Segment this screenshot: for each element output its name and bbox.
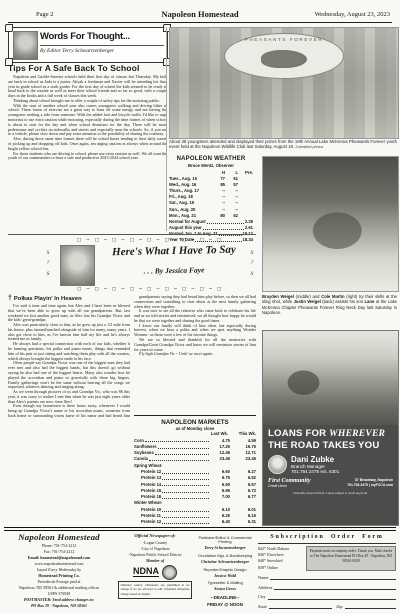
caption-name: Justin Weigel	[294, 299, 321, 304]
name-input-line[interactable]	[270, 576, 396, 580]
footer-rule	[4, 527, 396, 531]
headline-text: Polkas Playin' In Heaven	[14, 296, 82, 302]
column-title: Here's What I Have To Say	[98, 243, 250, 258]
paragraph: I know our family will think of him ofte…	[134, 324, 256, 338]
weather-title: NAPOLEON WEATHER	[169, 156, 253, 162]
slingshot-photo	[262, 156, 399, 292]
state-input-line[interactable]	[269, 605, 333, 609]
banner-text: PHEASANTS FOREVER	[225, 34, 343, 42]
markets-box: NAPOLEON MARKETS as of Monday close Last…	[134, 419, 256, 526]
newspaper-page: Page 2 Napoleon Homestead Wednesday, Aug…	[0, 0, 400, 614]
polkas-column-1: I've said it time and time again, but Al…	[8, 304, 130, 418]
closing-line: Fly high Grandpa Vic ~ Until we meet aga…	[134, 352, 256, 357]
staff-name: Jessica Wald	[196, 573, 254, 579]
subscription-rates: $42* North Dakota $46* Elsewhere $48* Sn…	[258, 546, 306, 571]
tips-article-body: Napoleon and Gackle-Streeter schools hel…	[8, 75, 167, 231]
column-title: Words For Thought...	[40, 31, 164, 42]
paragraph: As we went through pictures of us and Gr…	[8, 390, 130, 404]
ad-address: 87 Broadway, Napoleon 701.754.2475 | myF…	[347, 478, 393, 488]
footer-paper-name: Napoleon Homestead	[6, 533, 112, 543]
paragraph: Often people say Grandpa Victor was one …	[8, 361, 130, 390]
column-byline: . . . By Jessica Faye	[98, 264, 250, 276]
section-rule	[8, 234, 256, 235]
photo-credit: Submitted photos	[295, 145, 323, 149]
cross-icon: †	[8, 295, 12, 302]
frame-corner-icon	[5, 24, 13, 32]
issue-date: Wednesday, August 23, 2023	[315, 11, 390, 18]
paragraph: He always had a special connection with …	[8, 342, 130, 361]
deadline-day: FRIDAY @ NOON	[196, 602, 254, 609]
obituary-policy-box: Obituary policy: Obituaries are publishe…	[118, 581, 192, 599]
column-divider	[166, 27, 167, 231]
rate-item: $38* Online	[258, 565, 306, 571]
subscription-title: Subscription Order Form	[258, 533, 396, 544]
paragraph: It was nice to see all the relatives who…	[134, 309, 256, 323]
ad-script-word: WHEREVER	[329, 428, 385, 439]
zip-input-line[interactable]	[345, 605, 397, 609]
footer-line: PO Box 29 - Napoleon, ND 58561	[6, 603, 112, 609]
paragraph: Also, during those same time frames ther…	[8, 137, 167, 151]
paragraph: Even though my hometown is three hours a…	[8, 404, 130, 418]
address-input-line[interactable]	[274, 586, 396, 590]
staff-name: Terry Schwartzenberger	[196, 545, 254, 551]
paragraph: With the start of another school year al…	[8, 104, 167, 137]
polkas-column-2: grandparents saying they had heard him p…	[134, 295, 256, 412]
column-byline: By Editor Terry Schwartzenberger	[40, 45, 164, 54]
paragraph: We are so blessed and thankful for all t…	[134, 338, 256, 352]
address-field[interactable]: Address	[258, 586, 396, 590]
words-for-thought-box: Words For Thought... By Editor Terry Sch…	[8, 27, 168, 63]
ndna-logo: NDNA	[118, 565, 192, 580]
staff-name: Sonya Gross	[196, 586, 254, 592]
heres-what-banner: □ ~ □ ~ □ ~ □ ~ □ ~ □ ~ □ ~ □ ~ □ □ ~ □ …	[44, 238, 256, 292]
paragraph: For those students who are driving to sc…	[8, 152, 167, 162]
caption-name: Cole Martin	[321, 294, 344, 299]
slingshot-caption: Brayden Weigel (middle) and Cole Martin …	[262, 294, 397, 316]
editor-headshot-photo	[13, 31, 38, 60]
market-row: Protein 126.406.31	[134, 519, 256, 525]
markets-rule	[134, 415, 256, 416]
caption-name: Brayden Weigel	[262, 294, 294, 299]
tips-headline: Tips For A Safe Back To School	[8, 63, 167, 73]
group-photo-caption: About 35 youngsters attended and display…	[169, 139, 397, 150]
org-item: -Napoleon Public School District	[118, 552, 192, 558]
footer-staff-col: Publisher/Editor & Commercial Printing T…	[196, 533, 254, 608]
paragraph: Napoleon and Gackle-Streeter schools hel…	[8, 75, 167, 99]
weather-box: NAPOLEON WEATHER Bruce Wentz, Observer H…	[169, 156, 253, 244]
markets-title: NAPOLEON MARKETS	[134, 419, 256, 426]
deadline-label: --DEADLINE--	[196, 595, 254, 602]
border-motif: □ ~ □ ~ □ ~ □ ~ □ ~ □ ~ □ ~ □ ~ □	[54, 238, 246, 243]
caption-name: Lane	[365, 299, 375, 304]
staff-name: Christine Schwartzenberger	[196, 559, 254, 565]
manager-name: Dani Zubke	[291, 455, 339, 464]
ad-fineprint: Federally Insured NCUA. Loans subject to…	[268, 491, 393, 495]
official-newspaper-title: Official Newspaper of:	[118, 533, 192, 540]
youth-event-group-photo: PHEASANTS FOREVER	[169, 27, 399, 139]
brand-subname: Credit Union	[268, 484, 311, 488]
footer-line: Napoleon, ND 58561 & additional mailing …	[6, 585, 112, 591]
payment-note: Payment must accompany order. Thank you.…	[306, 546, 396, 571]
ad-footer-row: First Community Credit Union 87 Broadway…	[268, 478, 393, 488]
ad-contact-person: Dani Zubke Branch Manager 701.754.2475 e…	[268, 455, 393, 474]
footer-masthead-col: Napoleon Homestead Phone: 701-754-2212 F…	[6, 533, 112, 609]
jessica-headshot-photo	[60, 245, 95, 286]
name-field[interactable]: Name	[258, 576, 396, 580]
paragraph: Alex was particularly close to him, as h…	[8, 323, 130, 342]
paragraph: grandparents saying they had heard him p…	[134, 295, 256, 309]
polkas-headline: †Polkas Playin' In Heaven	[8, 295, 132, 302]
border-motif: □ ~ □ ~ □ ~ □ ~ □ ~ □ ~ □ ~ □ ~ □	[54, 287, 246, 292]
member-of-label: Member of	[118, 558, 192, 564]
manager-phone: 701.754.2475 ext. 5301	[291, 469, 339, 474]
pheasants-forever-banner: PHEASANTS FOREVER	[224, 33, 344, 79]
ad-truck-photo	[263, 331, 398, 425]
ad-headline-line1: LOANS FOR WHEREVER	[268, 428, 393, 439]
association-seal-icon	[162, 565, 177, 580]
caption-text: About 35 youngsters attended and display…	[169, 139, 397, 149]
fccu-logo: First Community Credit Union	[268, 478, 311, 488]
ndna-logo-text: NDNA	[133, 567, 159, 577]
staff-role: Reporter/Graphic Design	[196, 568, 254, 573]
border-squiggle: S ? S	[44, 248, 52, 279]
pheasant-icon	[261, 50, 307, 68]
header-rule	[8, 22, 392, 23]
city-field[interactable]: City	[258, 595, 396, 599]
subscription-form: Subscription Order Form $42* North Dakot…	[258, 533, 396, 614]
ad-panel: LOANS FOR WHEREVER THE ROAD TAKES YOU Da…	[263, 425, 398, 525]
footer-official-col: Official Newspaper of: -Logan County -Ci…	[118, 533, 192, 599]
staff-role: Publisher/Editor & Commercial Printing	[196, 536, 254, 546]
ad-headline-line2: THE ROAD TAKES YOU	[268, 440, 393, 451]
manager-avatar	[268, 455, 287, 474]
weather-observer: Bruce Wentz, Observer	[169, 163, 253, 168]
state-zip-field[interactable]: State Zip	[258, 605, 396, 609]
paragraph: I've said it time and time again, but Al…	[8, 304, 130, 323]
city-input-line[interactable]	[268, 595, 396, 599]
fccu-loan-ad: LOANS FOR WHEREVER THE ROAD TAKES YOU Da…	[262, 330, 399, 526]
